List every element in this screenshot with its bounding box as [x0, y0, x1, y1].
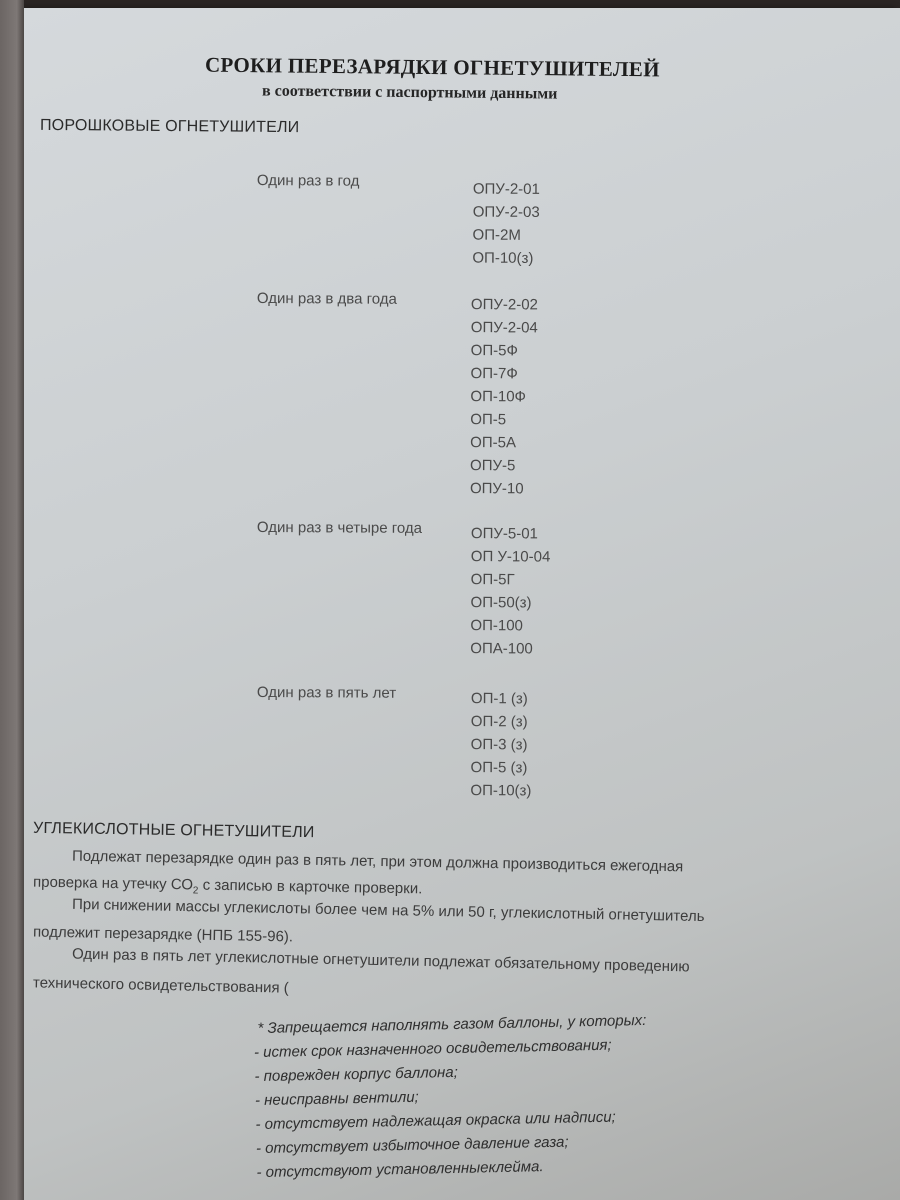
interval-label: Один раз в пять лет — [257, 684, 396, 702]
model-list: ОПУ-2-01 ОПУ-2-03 ОП-2М ОП-10(з) — [472, 178, 540, 270]
model-list: ОПУ-5-01 ОП У-10-04 ОП-5Г ОП-50(з) ОП-10… — [470, 522, 550, 660]
model-item: ОП-3 (з) — [471, 733, 532, 756]
model-item: ОП-2М — [472, 224, 539, 247]
model-item: ОПУ-2-01 — [473, 178, 540, 201]
interval-label: Один раз в четыре года — [257, 519, 422, 537]
model-item: ОП-5А — [470, 431, 537, 454]
model-item: ОП-10(з) — [472, 247, 539, 270]
text-fragment: с записью в карточке проверки. — [198, 876, 422, 897]
model-item: ОП-1 (з) — [471, 687, 532, 710]
model-list: ОПУ-2-02 ОПУ-2-04 ОП-5Ф ОП-7Ф ОП-10Ф ОП-… — [470, 293, 538, 500]
model-list: ОП-1 (з) ОП-2 (з) ОП-3 (з) ОП-5 (з) ОП-1… — [470, 687, 532, 802]
model-item: ОП-7Ф — [471, 362, 538, 385]
warning-list: * Запрещается наполнять газом баллоны, у… — [253, 1009, 649, 1185]
model-item: ОП-100 — [470, 614, 550, 637]
interval-label: Один раз в год — [257, 172, 360, 190]
model-item: ОП-5Г — [471, 568, 551, 591]
book-binding — [0, 0, 24, 1200]
model-item: ОП-10Ф — [470, 385, 537, 408]
model-item: ОП-50(з) — [471, 591, 551, 614]
model-item: ОП-2 (з) — [471, 710, 532, 733]
model-item: ОПА-100 — [470, 637, 550, 660]
document-title: СРОКИ ПЕРЕЗАРЯДКИ ОГНЕТУШИТЕЛЕЙ — [205, 53, 660, 83]
model-item: ОПУ-2-04 — [471, 316, 538, 339]
model-item: ОП У-10-04 — [471, 545, 551, 568]
interval-label: Один раз в два года — [257, 290, 397, 308]
model-item: ОПУ-5-01 — [471, 522, 551, 545]
text-fragment: проверка на утечку СО — [33, 874, 193, 894]
model-item: ОП-5 — [470, 408, 537, 431]
model-item: ОП-5Ф — [471, 339, 538, 362]
model-item: ОП-10(з) — [470, 779, 531, 802]
model-item: ОПУ-5 — [470, 454, 537, 477]
model-item: ОПУ-2-02 — [471, 293, 538, 316]
model-item: ОПУ-10 — [470, 477, 537, 500]
section-heading-powder: ПОРОШКОВЫЕ ОГНЕТУШИТЕЛИ — [40, 117, 300, 137]
model-item: ОПУ-2-03 — [473, 201, 540, 224]
document-subtitle: в соответствии с паспортными данными — [262, 82, 558, 103]
model-item: ОП-5 (з) — [471, 756, 532, 779]
